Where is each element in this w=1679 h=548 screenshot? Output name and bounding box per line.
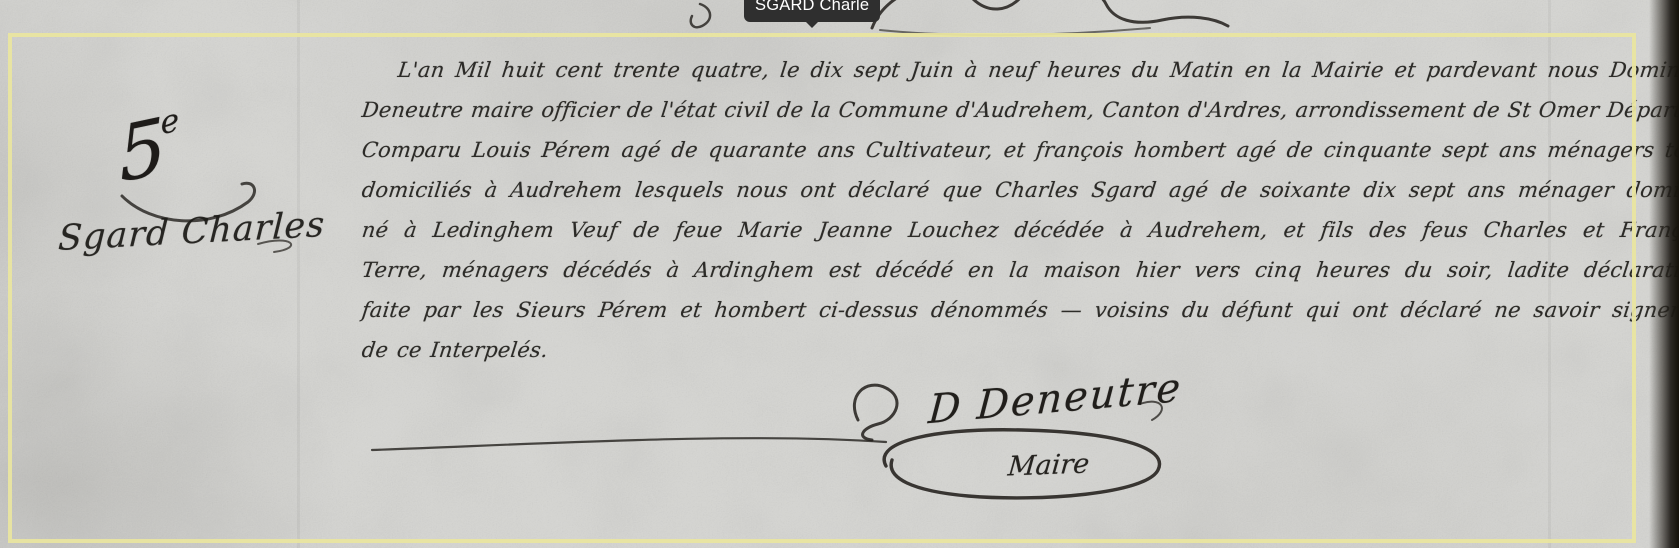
- record-name-tooltip[interactable]: SGARD Charle: [744, 0, 880, 22]
- genealogy-record-viewer: 5e Sgard Charles L'an Mil huit cent tren…: [0, 0, 1679, 548]
- top-small-glyph: [691, 4, 710, 27]
- top-flourish: [872, 0, 1228, 28]
- page-binding-shadow: [1649, 0, 1679, 548]
- tooltip-arrow-icon: [805, 21, 819, 35]
- record-highlight-frame[interactable]: [8, 33, 1636, 543]
- tooltip-label: SGARD Charle: [755, 0, 869, 14]
